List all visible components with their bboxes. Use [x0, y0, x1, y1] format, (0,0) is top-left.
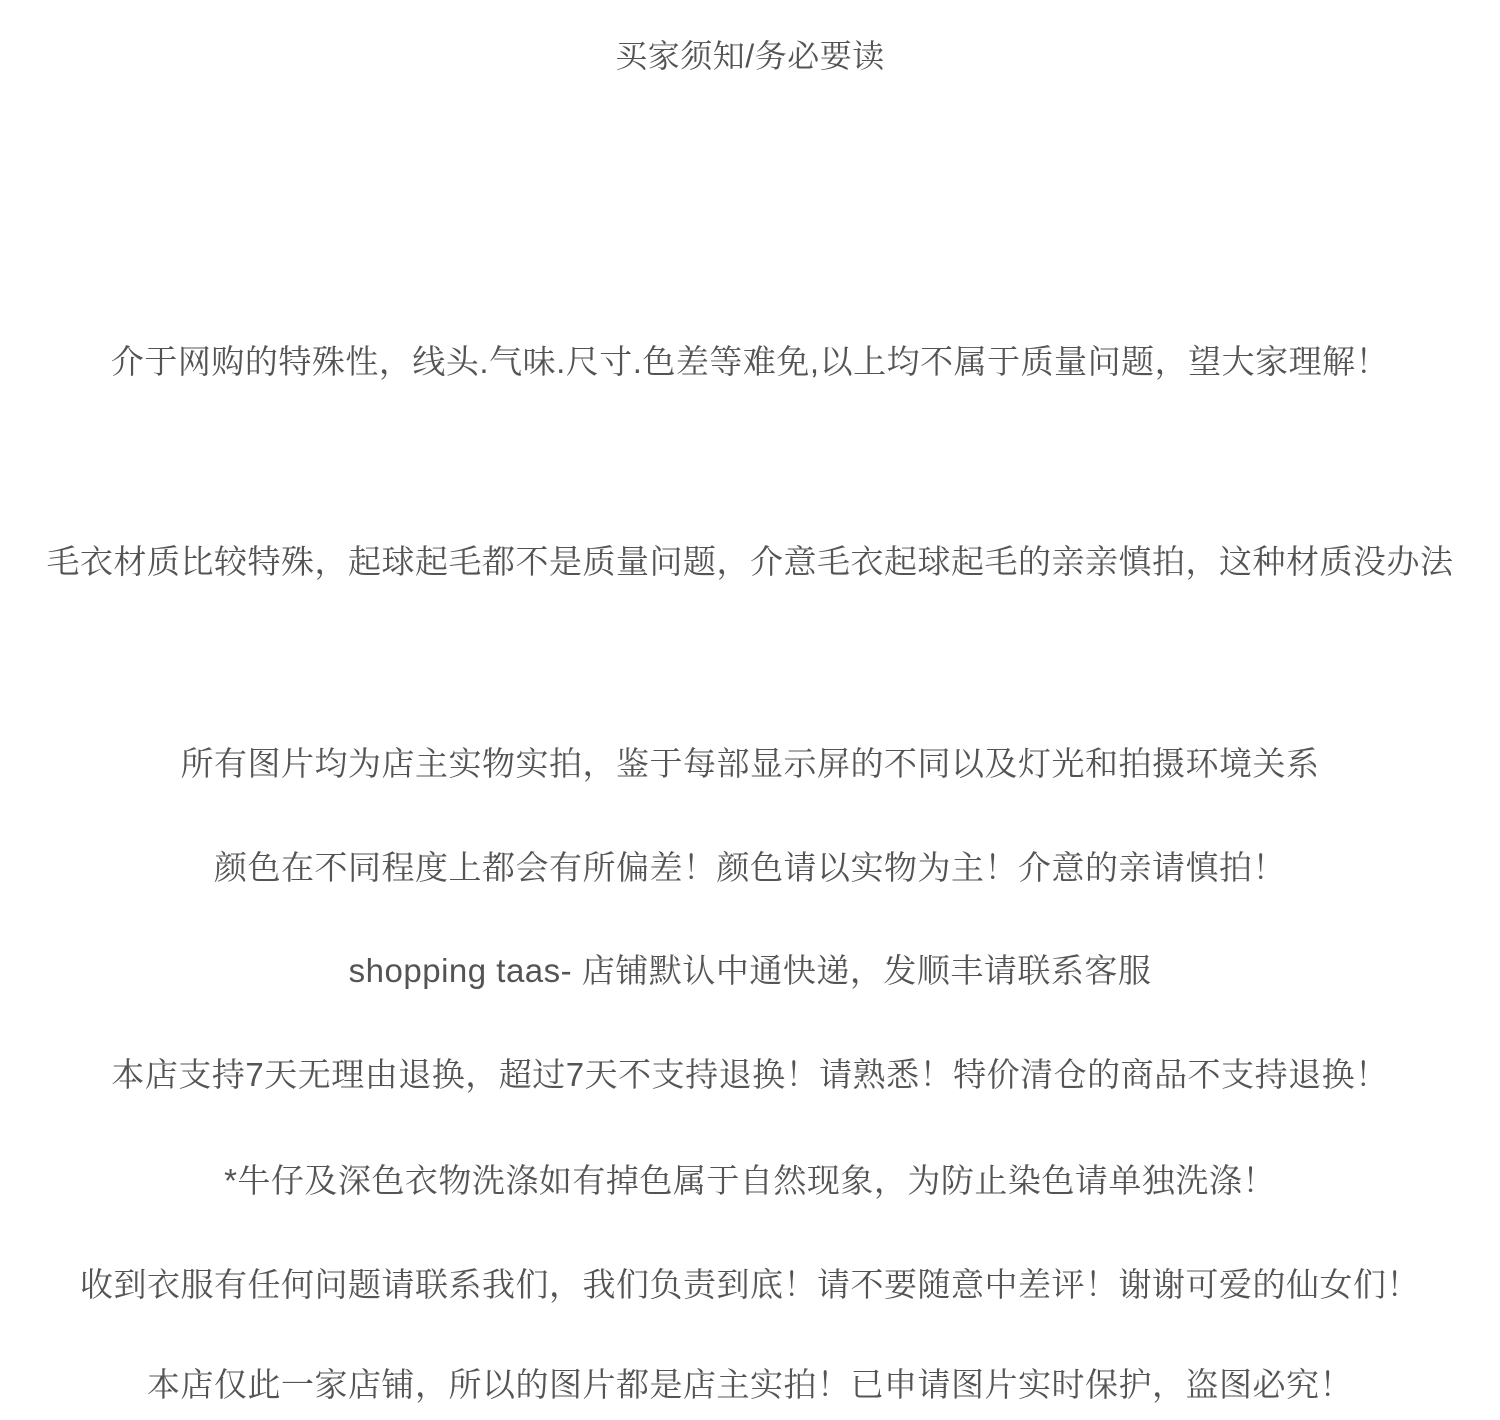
notice-line-shipping: shopping taas- 店铺默认中通快递，发顺丰请联系客服: [0, 954, 1500, 987]
notice-line-return-policy: 本店支持7天无理由退换，超过7天不支持退换！请熟悉！特价清仓的商品不支持退换！: [0, 1058, 1500, 1091]
notice-line-wash-warning: *牛仔及深色衣物洗涤如有掉色属于自然现象，为防止染色请单独洗涤！: [0, 1164, 1500, 1197]
notice-line-color-difference: 颜色在不同程度上都会有所偏差！颜色请以实物为主！介意的亲请慎拍！: [0, 851, 1500, 884]
notice-line-photos-real: 所有图片均为店主实物实拍，鉴于每部显示屏的不同以及灯光和拍摄环境关系: [0, 747, 1500, 780]
notice-line-contact-us: 收到衣服有任何问题请联系我们，我们负责到底！请不要随意中差评！谢谢可爱的仙女们！: [0, 1268, 1500, 1301]
page-title: 买家须知/务必要读: [0, 40, 1500, 72]
notice-line-online-shopping: 介于网购的特殊性，线头.气味.尺寸.色差等难免,以上均不属于质量问题，望大家理解…: [0, 345, 1500, 378]
notice-line-sweater-material: 毛衣材质比较特殊，起球起毛都不是质量问题，介意毛衣起球起毛的亲亲慎拍，这种材质没…: [0, 545, 1500, 578]
notice-line-only-store: 本店仅此一家店铺，所以的图片都是店主实拍！已申请图片实时保护，盗图必究！: [0, 1368, 1500, 1401]
